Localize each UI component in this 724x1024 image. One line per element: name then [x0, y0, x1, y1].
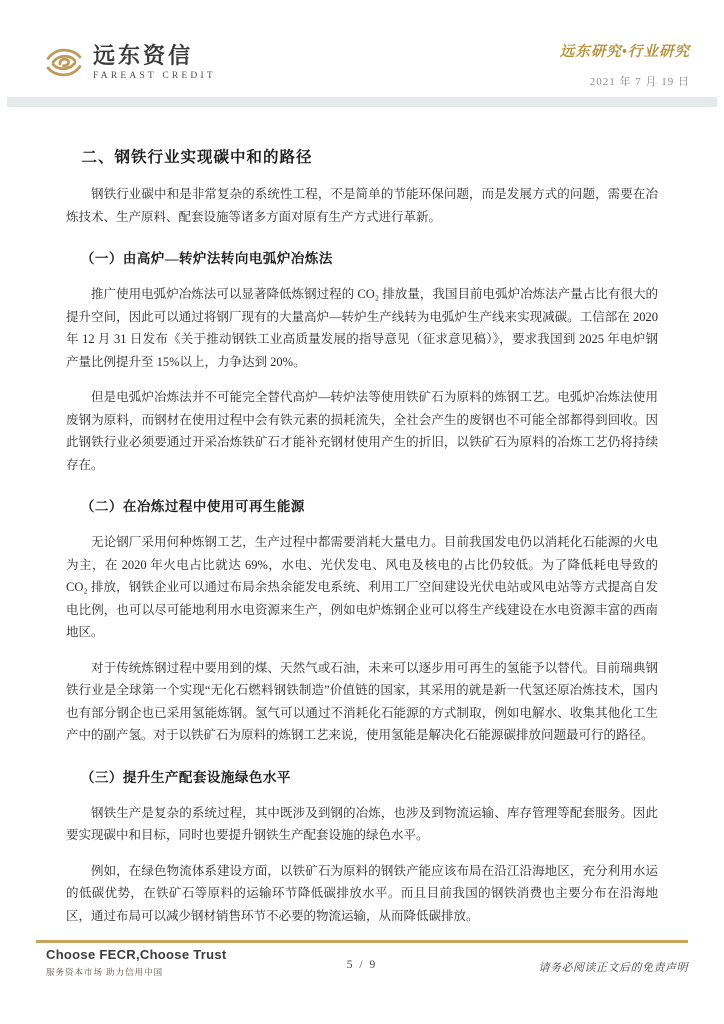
brand-block: 远东资信 FAREAST CREDIT: [44, 44, 216, 81]
series-title: 远东研究•行业研究: [560, 40, 690, 61]
subsection-3-paragraph-1: 钢铁生产是复杂的系统过程，其中既涉及到钢的冶炼，也涉及到物流运输、库存管理等配套…: [66, 802, 658, 847]
brand-name-en: FAREAST CREDIT: [93, 71, 216, 81]
subsection-2-paragraph-1: 无论钢厂采用何种炼钢工艺，生产过程中都需要消耗大量电力。目前我国发电仍以消耗化石…: [66, 531, 658, 644]
report-date: 2021 年 7 月 19 日: [560, 73, 690, 89]
brand-name-cn: 远东资信: [93, 44, 216, 68]
section-title: 二、钢铁行业实现碳中和的路径: [66, 146, 658, 170]
intro-paragraph: 钢铁行业碳中和是非常复杂的系统性工程，不是简单的节能环保问题，而是发展方式的问题…: [66, 183, 658, 228]
subsection-1-paragraph-2: 但是电弧炉冶炼法并不可能完全替代高炉—转炉法等使用铁矿石为原料的炼钢工艺。电弧炉…: [66, 386, 658, 476]
brand-text: 远东资信 FAREAST CREDIT: [93, 44, 216, 81]
header-right: 远东研究•行业研究 2021 年 7 月 19 日: [560, 40, 690, 89]
header-divider-bar: [7, 97, 717, 107]
subsection-1-heading: （一）由高炉—转炉法转向电弧炉冶炼法: [66, 248, 658, 270]
subsection-3-paragraph-2: 例如，在绿色物流体系建设方面，以铁矿石为原料的钢铁产能应该布局在沿江沿海地区，充…: [66, 860, 658, 928]
page-header: 远东资信 FAREAST CREDIT 远东研究•行业研究 2021 年 7 月…: [0, 0, 724, 97]
subsection-1-paragraph-1: 推广使用电弧炉冶炼法可以显著降低炼钢过程的 CO₂ 排放量，我国目前电弧炉冶炼法…: [66, 283, 658, 373]
fareast-credit-logo-icon: [44, 44, 84, 81]
document-body: 二、钢铁行业实现碳中和的路径 钢铁行业碳中和是非常复杂的系统性工程，不是简单的节…: [66, 140, 658, 927]
document-page: 远东资信 FAREAST CREDIT 远东研究•行业研究 2021 年 7 月…: [0, 0, 724, 1024]
subsection-2-heading: （二）在冶炼过程中使用可再生能源: [66, 496, 658, 518]
footer-divider-line: [36, 940, 688, 943]
subsection-3-heading: （三）提升生产配套设施绿色水平: [66, 767, 658, 789]
subsection-2-paragraph-2: 对于传统炼钢过程中要用到的煤、天然气或石油，未来可以逐步用可再生的氢能予以替代。…: [66, 657, 658, 747]
footer-disclaimer: 请务必阅读正文后的免责声明: [539, 959, 689, 975]
